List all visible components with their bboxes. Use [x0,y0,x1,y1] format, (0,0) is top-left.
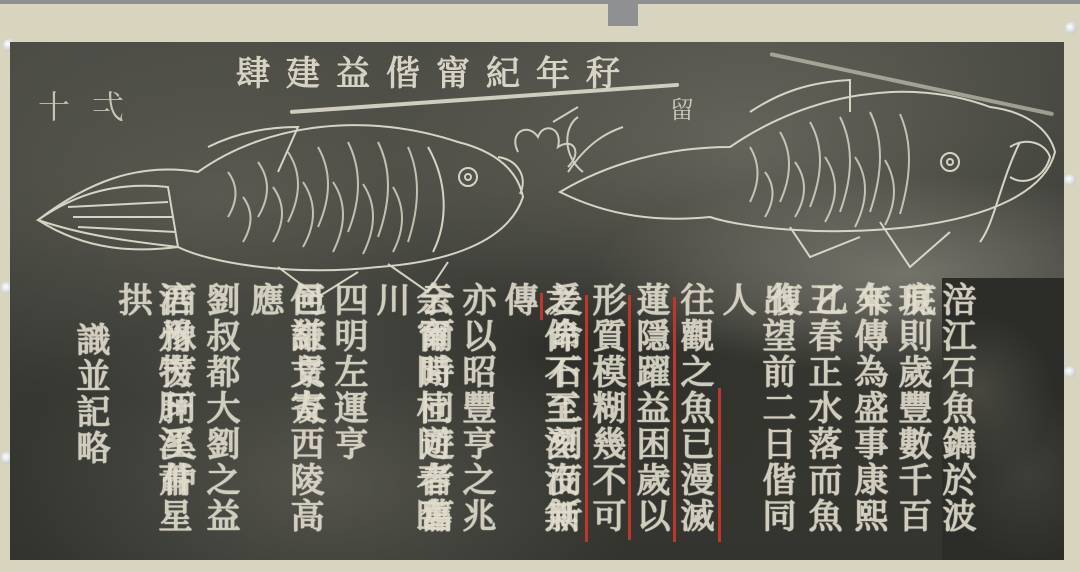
text-column: 亦以昭豐亨之兆 [456,282,496,534]
text-column: 四明左運亨 [328,282,368,462]
text-column: 出望前二日偕同人 [716,282,796,560]
text-column: 蓮隱躍益困歲以 [630,282,670,534]
stone-rubbing: 肆建益偕甯紀年秄 十弌 留 [10,42,1064,560]
paper-tear [608,4,638,26]
text-column: 涪州牧肝江蕭星拱 [112,282,192,560]
text-column: 形質模糊幾不可 [586,282,626,534]
inscription-text-block: 涪江石魚鐫於波底 現則歲豐數千百年 來傳為盛事康熙乙 丑春正水落而魚復 出望前二… [10,282,942,560]
left-carp-icon [28,102,548,302]
text-column: 劉叔都大劉之益 [200,282,240,534]
right-carp-icon [550,52,1064,292]
mount-pin-icon [1064,174,1076,186]
mount-pin-icon [1064,366,1076,378]
red-annotation-line [628,295,631,540]
red-annotation-line [673,297,676,542]
red-annotation-line [718,388,721,542]
text-column: 之俾不至湮沒無傳 [498,282,578,560]
text-column: 往觀之魚已漫滅 [674,282,714,534]
red-annotation-line [540,293,543,320]
text-column: 余甯閒杜同春臨川 [370,282,450,560]
red-annotation-line [585,295,588,542]
mount-pin-icon [1065,22,1077,34]
text-column: 何謙文寄西陵高應 [244,282,324,560]
text-column: 識並記略 [70,322,110,466]
